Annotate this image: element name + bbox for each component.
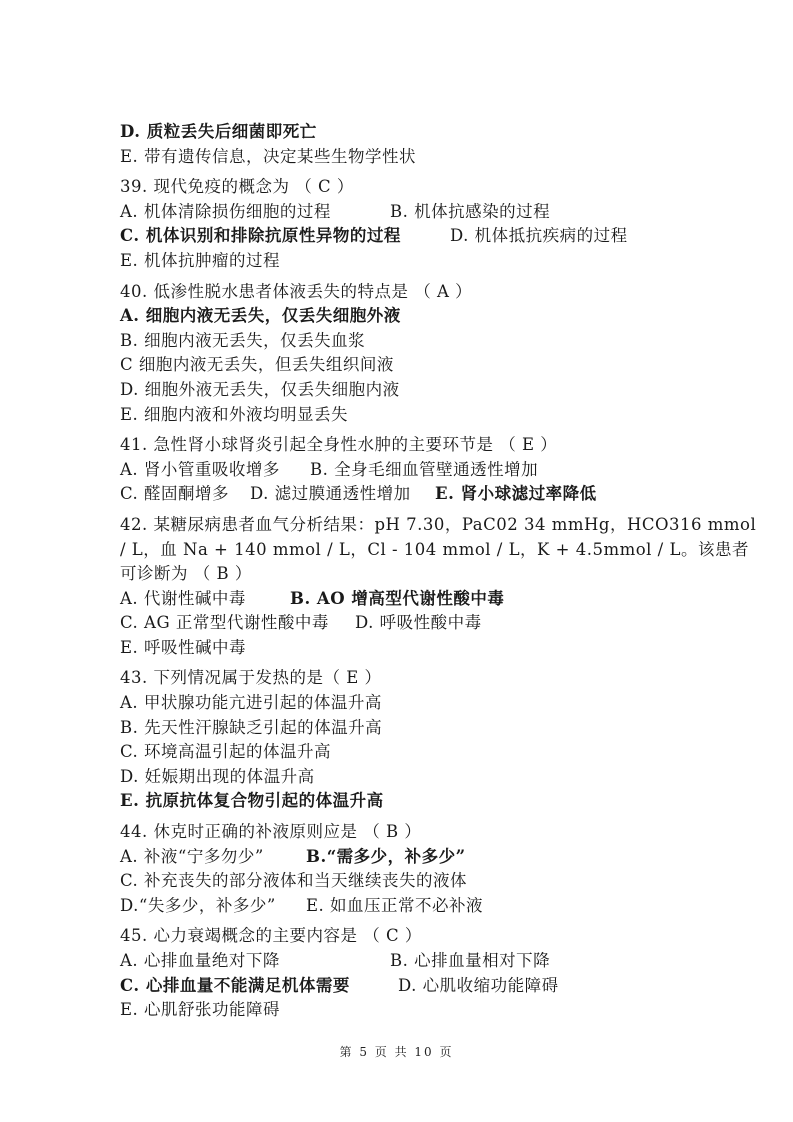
option: A. 补液“宁多勿少” <box>120 845 306 870</box>
question-stem: 44. 休克时正确的补液原则应是 （ B ） <box>120 820 720 845</box>
option-row: D. 细胞外液无丢失，仅丢失细胞内液 <box>120 378 720 403</box>
correct-option: A. 细胞内液无丢失，仅丢失细胞外液 <box>120 304 401 329</box>
option: D. 呼吸性酸中毒 <box>355 611 482 636</box>
option-row: B. 先天性汗腺缺乏引起的体温升高 <box>120 716 720 741</box>
option-row: A. 肾小管重吸收增多B. 全身毛细血管壁通透性增加 <box>120 458 720 483</box>
question-39: 39. 现代免疫的概念为 （ C ）A. 机体清除损伤细胞的过程B. 机体抗感染… <box>120 175 720 273</box>
option: A. 代谢性碱中毒 <box>120 587 290 612</box>
option: A. 甲状腺功能亢进引起的体温升高 <box>120 691 382 716</box>
option: D. 机体抵抗疾病的过程 <box>450 224 628 249</box>
option-row: A. 机体清除损伤细胞的过程B. 机体抗感染的过程 <box>120 200 720 225</box>
option-row: A. 甲状腺功能亢进引起的体温升高 <box>120 691 720 716</box>
question-stem: 45. 心力衰竭概念的主要内容是 （ C ） <box>120 924 720 949</box>
document-page: D. 质粒丢失后细菌即死亡E. 带有遗传信息，决定某些生物学性状39. 现代免疫… <box>120 120 720 1023</box>
correct-option: E. 抗原抗体复合物引起的体温升高 <box>120 789 384 814</box>
question-42: 42. 某糖尿病患者血气分析结果：pH 7.30，PaC02 34 mmHg，H… <box>120 513 720 661</box>
option-row: D. 妊娠期出现的体温升高 <box>120 765 720 790</box>
option: D.“失多少，补多少” <box>120 894 306 919</box>
correct-option: C. 机体识别和排除抗原性异物的过程 <box>120 224 450 249</box>
option: B. 全身毛细血管壁通透性增加 <box>310 458 538 483</box>
option: E. 心肌舒张功能障碍 <box>120 998 280 1023</box>
option-row: A. 补液“宁多勿少”B.“需多少，补多少” <box>120 845 720 870</box>
option: B. 先天性汗腺缺乏引起的体温升高 <box>120 716 382 741</box>
question-41: 41. 急性肾小球肾炎引起全身性水肿的主要环节是 （ E ）A. 肾小管重吸收增… <box>120 433 720 507</box>
option: B. 细胞内液无丢失，仅丢失血浆 <box>120 329 365 354</box>
option: D. 妊娠期出现的体温升高 <box>120 765 315 790</box>
option: C 细胞内液无丢失，但丢失组织间液 <box>120 353 394 378</box>
option: C. AG 正常型代谢性酸中毒 <box>120 611 355 636</box>
option-row: C. 心排血量不能满足机体需要D. 心肌收缩功能障碍 <box>120 974 720 999</box>
option: D. 细胞外液无丢失，仅丢失细胞内液 <box>120 378 400 403</box>
question-stem: 39. 现代免疫的概念为 （ C ） <box>120 175 720 200</box>
option: A. 心排血量绝对下降 <box>120 949 390 974</box>
option-row: A. 心排血量绝对下降B. 心排血量相对下降 <box>120 949 720 974</box>
option-row: D.“失多少，补多少”E. 如血压正常不必补液 <box>120 894 720 919</box>
option-row: C. 补充丧失的部分液体和当天继续丧失的液体 <box>120 869 720 894</box>
option-row: A. 细胞内液无丢失，仅丢失细胞外液 <box>120 304 720 329</box>
correct-option: B. AO 增高型代谢性酸中毒 <box>290 587 504 612</box>
option-row: E. 呼吸性碱中毒 <box>120 636 720 661</box>
option-row: C. 机体识别和排除抗原性异物的过程D. 机体抵抗疾病的过程 <box>120 224 720 249</box>
question-40: 40. 低渗性脱水患者体液丢失的特点是 （ A ）A. 细胞内液无丢失，仅丢失细… <box>120 280 720 428</box>
option: A. 肾小管重吸收增多 <box>120 458 310 483</box>
option: D. 滤过膜通透性增加 <box>250 482 435 507</box>
option: C. 醛固酮增多 <box>120 482 250 507</box>
correct-option: E. 肾小球滤过率降低 <box>435 482 597 507</box>
option: B. 机体抗感染的过程 <box>390 200 550 225</box>
option-row: E. 抗原抗体复合物引起的体温升高 <box>120 789 720 814</box>
question-stem: / L，血 Na + 140 mmol / L，Cl - 104 mmol / … <box>120 538 720 563</box>
question-44: 44. 休克时正确的补液原则应是 （ B ）A. 补液“宁多勿少”B.“需多少，… <box>120 820 720 918</box>
option: C. 补充丧失的部分液体和当天继续丧失的液体 <box>120 869 467 894</box>
option: E. 机体抗肿瘤的过程 <box>120 249 280 274</box>
question-stem: 40. 低渗性脱水患者体液丢失的特点是 （ A ） <box>120 280 720 305</box>
page-footer: 第 5 页 共 10 页 <box>0 1043 793 1060</box>
option-row: C. 环境高温引起的体温升高 <box>120 740 720 765</box>
question-45: 45. 心力衰竭概念的主要内容是 （ C ）A. 心排血量绝对下降B. 心排血量… <box>120 924 720 1022</box>
option-row: C. 醛固酮增多D. 滤过膜通透性增加E. 肾小球滤过率降低 <box>120 482 720 507</box>
question-stem: 41. 急性肾小球肾炎引起全身性水肿的主要环节是 （ E ） <box>120 433 720 458</box>
option: C. 环境高温引起的体温升高 <box>120 740 331 765</box>
question-stem: 43. 下列情况属于发热的是（ E ） <box>120 666 720 691</box>
option-row: C. AG 正常型代谢性酸中毒D. 呼吸性酸中毒 <box>120 611 720 636</box>
option: E. 细胞内液和外液均明显丢失 <box>120 403 348 428</box>
option-row: B. 细胞内液无丢失，仅丢失血浆 <box>120 329 720 354</box>
question-43: 43. 下列情况属于发热的是（ E ）A. 甲状腺功能亢进引起的体温升高B. 先… <box>120 666 720 814</box>
option-row: E. 机体抗肿瘤的过程 <box>120 249 720 274</box>
option-row: E. 细胞内液和外液均明显丢失 <box>120 403 720 428</box>
option: E. 呼吸性碱中毒 <box>120 636 246 661</box>
option-row: A. 代谢性碱中毒B. AO 增高型代谢性酸中毒 <box>120 587 720 612</box>
option-row: C 细胞内液无丢失，但丢失组织间液 <box>120 353 720 378</box>
correct-option: B.“需多少，补多少” <box>306 845 466 870</box>
option: D. 心肌收缩功能障碍 <box>398 974 559 999</box>
option-row: E. 心肌舒张功能障碍 <box>120 998 720 1023</box>
option-line: D. 质粒丢失后细菌即死亡 <box>120 120 720 145</box>
question-stem: 42. 某糖尿病患者血气分析结果：pH 7.30，PaC02 34 mmHg，H… <box>120 513 720 538</box>
option: B. 心排血量相对下降 <box>390 949 550 974</box>
question-stem: 可诊断为 （ B ） <box>120 562 720 587</box>
option-line: E. 带有遗传信息，决定某些生物学性状 <box>120 145 720 170</box>
option: A. 机体清除损伤细胞的过程 <box>120 200 390 225</box>
option: E. 如血压正常不必补液 <box>306 894 483 919</box>
correct-option: C. 心排血量不能满足机体需要 <box>120 974 398 999</box>
